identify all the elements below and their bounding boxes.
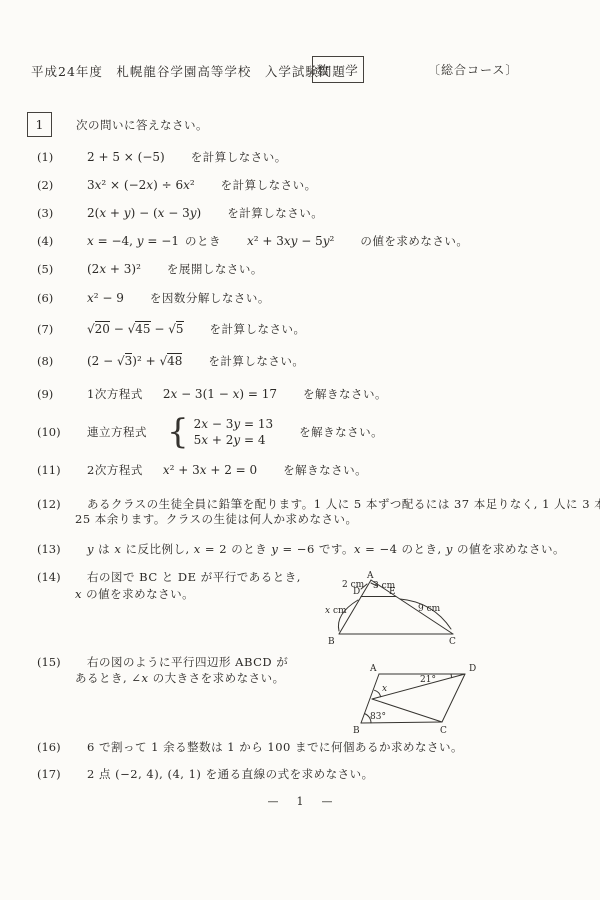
problem-11-number: (11) bbox=[37, 463, 87, 478]
problem-5-formula: (2x + 3)² bbox=[87, 262, 141, 276]
vertex-A-label: A bbox=[369, 664, 377, 674]
problem-11-instruction: を解きなさい。 bbox=[283, 463, 367, 477]
problem-9-type: 1次方程式 bbox=[87, 387, 143, 401]
problem-3: (3)2(x + y) − (x − 3y)を計算しなさい。 bbox=[37, 206, 323, 221]
problem-1-instruction: を計算しなさい。 bbox=[191, 150, 287, 164]
problem-6-formula: x² − 9 bbox=[87, 291, 124, 305]
section-lead: 次の問いに答えなさい。 bbox=[76, 117, 208, 133]
problem-4-number: (4) bbox=[37, 234, 87, 249]
problem-3-number: (3) bbox=[37, 206, 87, 221]
problem-10-number: (10) bbox=[37, 425, 87, 440]
problem-12-number: (12) bbox=[37, 497, 87, 512]
problem-6-instruction: を因数分解しなさい。 bbox=[150, 291, 270, 305]
exam-title: 平成24年度 札幌龍谷学園高等学校 入学試験問題 bbox=[31, 62, 346, 80]
problem-5-number: (5) bbox=[37, 262, 87, 277]
problem-10: (10)連立方程式{ 2x − 3y = 13 5x + 2y = 4 を解きな… bbox=[37, 414, 383, 450]
subject-box: 数 学 bbox=[312, 56, 364, 83]
problem-9: (9)1次方程式2x − 3(1 − x) = 17を解きなさい。 bbox=[37, 387, 387, 402]
problem-16: (16)6 で割って 1 余る整数は 1 から 100 までに何個あるか求めなさ… bbox=[37, 740, 463, 755]
problem-14: (14)右の図で BC と DE が平行であるとき, x の値を求めなさい。 bbox=[37, 570, 301, 602]
problem-16-text: 6 で割って 1 余る整数は 1 から 100 までに何個あるか求めなさい。 bbox=[87, 740, 463, 754]
problem-11: (11)2次方程式x² + 3x + 2 = 0を解きなさい。 bbox=[37, 463, 367, 478]
problem-1-formula: 2 + 5 × (−5) bbox=[87, 150, 165, 164]
problem-4: (4)x = −4, y = −1のときx² + 3xy − 5y²の値を求めな… bbox=[37, 234, 468, 249]
footer-dash-right: — bbox=[322, 795, 333, 808]
section-number-box: 1 bbox=[27, 112, 52, 137]
problem-11-formula: x² + 3x + 2 = 0 bbox=[163, 463, 257, 477]
vertex-C-label: C bbox=[440, 726, 447, 736]
problem-4-connector: のとき bbox=[185, 234, 221, 248]
triangle-figure: A D E B C 2 cm 3 cm x cm 9 cm bbox=[325, 570, 555, 650]
side-CD bbox=[442, 674, 465, 722]
problem-8-formula: (2 − √3)² + √48 bbox=[87, 353, 182, 368]
length-AE-label: 3 cm bbox=[373, 581, 396, 591]
problem-14-line1: (14)右の図で BC と DE が平行であるとき, bbox=[37, 570, 301, 585]
page-footer: —1— bbox=[0, 795, 600, 808]
problem-9-instruction: を解きなさい。 bbox=[303, 387, 387, 401]
course-label: 〔総合コース〕 bbox=[428, 61, 518, 78]
vertex-C-label: C bbox=[449, 637, 456, 647]
problem-8: (8)(2 − √3)² + √48を計算しなさい。 bbox=[37, 354, 304, 369]
problem-12-text2: 25 本余ります。クラスの生徒は何人か求めなさい。 bbox=[37, 512, 600, 527]
problem-9-formula: 2x − 3(1 − x) = 17 bbox=[163, 387, 277, 401]
angle-x-arc bbox=[375, 690, 381, 696]
problem-15: (15)右の図のように平行四辺形 ABCD が あるとき, ∠x の大きさを求め… bbox=[37, 655, 288, 686]
problem-4-instruction: の値を求めなさい。 bbox=[360, 234, 468, 248]
problem-17-text: 2 点 (−2, 4), (4, 1) を通る直線の式を求めなさい。 bbox=[87, 767, 374, 781]
problem-12-line1: (12)あるクラスの生徒全員に鉛筆を配ります。1 人に 5 本ずつ配るには 37… bbox=[37, 497, 600, 512]
side-BC bbox=[361, 722, 442, 723]
equation-2: 5x + 2y = 4 bbox=[194, 432, 273, 448]
vertex-B-label: B bbox=[328, 637, 335, 647]
problem-2-instruction: を計算しなさい。 bbox=[221, 178, 317, 192]
length-EC-label: 9 cm bbox=[418, 604, 441, 614]
problem-2-number: (2) bbox=[37, 178, 87, 193]
angle-x-label: x bbox=[382, 684, 387, 694]
problem-4-formula: x² + 3xy − 5y² bbox=[247, 234, 334, 248]
problem-14-text1: 右の図で BC と DE が平行であるとき, bbox=[87, 570, 301, 584]
angle-83-label: 83° bbox=[370, 712, 386, 722]
problem-11-type: 2次方程式 bbox=[87, 463, 143, 477]
problem-4-condition: x = −4, y = −1 bbox=[87, 234, 179, 248]
vertex-D-label: D bbox=[469, 664, 476, 674]
footer-dash-left: — bbox=[268, 795, 279, 808]
equation-system: 2x − 3y = 13 5x + 2y = 4 bbox=[194, 416, 273, 448]
problem-9-number: (9) bbox=[37, 387, 87, 402]
problem-15-text2: あるとき, ∠x の大きさを求めなさい。 bbox=[37, 671, 288, 686]
problem-16-number: (16) bbox=[37, 740, 87, 755]
problem-7: (7)√20 − √45 − √5を計算しなさい。 bbox=[37, 322, 306, 337]
equation-1: 2x − 3y = 13 bbox=[194, 416, 273, 432]
vertex-A-label: A bbox=[366, 571, 374, 581]
problem-6-number: (6) bbox=[37, 291, 87, 306]
problem-3-formula: 2(x + y) − (x − 3y) bbox=[87, 206, 201, 220]
problem-13-text: y は x に反比例し, x = 2 のとき y = −6 です。x = −4 … bbox=[87, 542, 565, 556]
problem-1-number: (1) bbox=[37, 150, 87, 165]
problem-3-instruction: を計算しなさい。 bbox=[227, 206, 323, 220]
system-brace: { bbox=[167, 415, 189, 449]
page-number: 1 bbox=[297, 795, 304, 808]
problem-7-formula: √20 − √45 − √5 bbox=[87, 321, 184, 336]
problem-10-type: 連立方程式 bbox=[87, 425, 147, 440]
problem-2-formula: 3x² × (−2x) ÷ 6x² bbox=[87, 178, 195, 192]
angle-21-label: 21° bbox=[420, 675, 436, 685]
problem-13: (13)y は x に反比例し, x = 2 のとき y = −6 です。x =… bbox=[37, 542, 565, 557]
section-number: 1 bbox=[36, 117, 44, 132]
problem-5-instruction: を展開しなさい。 bbox=[167, 262, 263, 276]
problem-7-number: (7) bbox=[37, 322, 87, 337]
parallelogram-figure: A D B C x 21° 83° bbox=[340, 658, 490, 740]
problem-8-number: (8) bbox=[37, 354, 87, 369]
problem-13-number: (13) bbox=[37, 542, 87, 557]
vertex-B-label: B bbox=[353, 726, 360, 736]
length-DB-label: x cm bbox=[325, 606, 347, 616]
subject-label: 数 学 bbox=[316, 61, 360, 79]
problem-2: (2)3x² × (−2x) ÷ 6x²を計算しなさい。 bbox=[37, 178, 317, 193]
exam-page: 平成24年度 札幌龍谷学園高等学校 入学試験問題 数 学 〔総合コース〕 1 次… bbox=[0, 0, 600, 900]
problem-15-number: (15) bbox=[37, 655, 87, 670]
problem-6: (6)x² − 9を因数分解しなさい。 bbox=[37, 291, 270, 306]
problem-12-text1: あるクラスの生徒全員に鉛筆を配ります。1 人に 5 本ずつ配るには 37 本足り… bbox=[87, 497, 600, 511]
problem-14-text2: x の値を求めなさい。 bbox=[37, 587, 301, 602]
problem-17: (17)2 点 (−2, 4), (4, 1) を通る直線の式を求めなさい。 bbox=[37, 767, 374, 782]
problem-12: (12)あるクラスの生徒全員に鉛筆を配ります。1 人に 5 本ずつ配るには 37… bbox=[37, 497, 600, 527]
length-DB-unit: cm bbox=[330, 606, 347, 616]
problem-1: (1)2 + 5 × (−5)を計算しなさい。 bbox=[37, 150, 287, 165]
problem-15-line1: (15)右の図のように平行四辺形 ABCD が bbox=[37, 655, 288, 670]
length-AD-label: 2 cm bbox=[342, 580, 365, 590]
problem-7-instruction: を計算しなさい。 bbox=[210, 322, 306, 336]
angle-21-arc bbox=[451, 674, 452, 678]
problem-5: (5)(2x + 3)²を展開しなさい。 bbox=[37, 262, 263, 277]
problem-17-number: (17) bbox=[37, 767, 87, 782]
problem-8-instruction: を計算しなさい。 bbox=[208, 354, 304, 368]
problem-15-text1: 右の図のように平行四辺形 ABCD が bbox=[87, 655, 288, 669]
problem-14-number: (14) bbox=[37, 570, 87, 585]
problem-10-instruction: を解きなさい。 bbox=[299, 425, 383, 440]
